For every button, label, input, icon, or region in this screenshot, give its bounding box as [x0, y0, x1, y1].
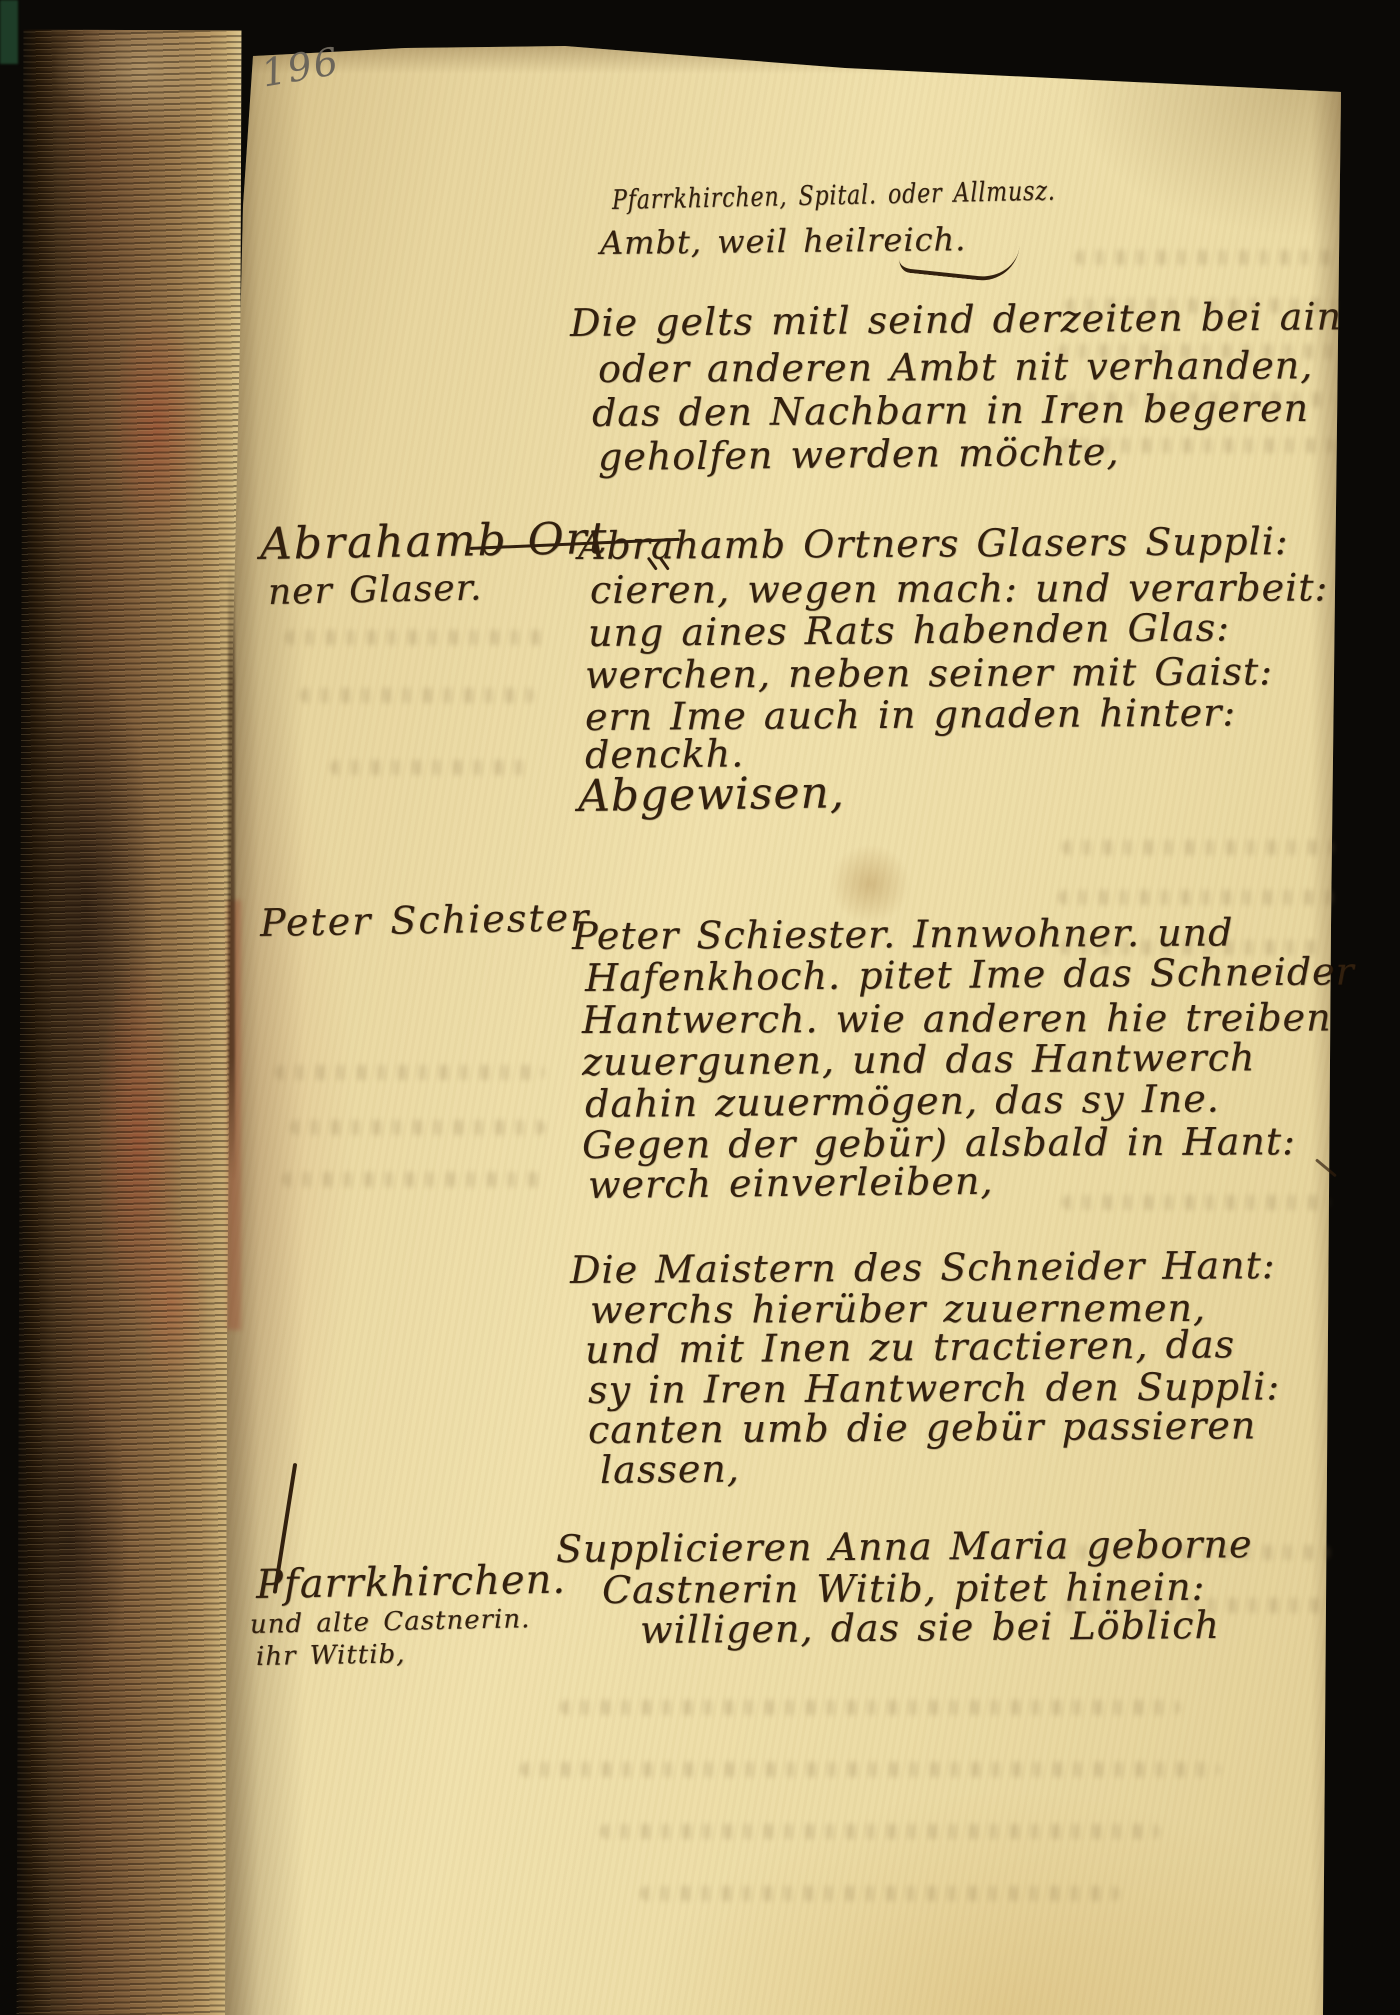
entry5-margin-line-3: ihr Wittib,	[256, 1641, 406, 1670]
photographed-manuscript: 196 Pfarrkhirchen, Spital. oder Allmusz.…	[0, 0, 1400, 2015]
entry5-line-1: Supplicieren Anna Maria geborne	[556, 1525, 1253, 1568]
entry2-line-1: Abrahamb Ortners Glasers Suppli:	[578, 522, 1289, 565]
entry1-line-2: oder anderen Ambt nit verhanden,	[598, 346, 1314, 388]
entry2-line-4: werchen, neben seiner mit Gaist:	[585, 652, 1273, 694]
heading-line-1: Pfarrkhirchen, Spital. oder Allmusz.	[612, 178, 1056, 214]
entry3-line-3: Hantwerch. wie anderen hie treiben	[582, 998, 1332, 1039]
entry5-margin-line-2: und alte Castnerin.	[250, 1606, 531, 1638]
entry3-margin: Peter Schiester	[260, 898, 591, 942]
entry5-line-3: willigen, das sie bei Löblich	[640, 1606, 1220, 1649]
entry3-line-1: Peter Schiester. Innwohner. und	[572, 914, 1234, 955]
entry3-line-5: dahin zuuermögen, das sy Ine.	[585, 1079, 1220, 1123]
entry3-line-4: zuuergunen, und das Hantwerch	[582, 1038, 1256, 1081]
entry4-line-1: Die Maistern des Schneider Hant:	[570, 1246, 1276, 1289]
folio-number: 196	[259, 42, 343, 93]
heading-flourish	[898, 234, 1019, 284]
pen-mark	[1315, 1158, 1337, 1177]
entry4-line-3: und mit Inen zu tractieren, das	[585, 1325, 1235, 1369]
entry4-line-4: sy in Iren Hantwerch den Suppli:	[588, 1367, 1280, 1409]
entry2-margin-line-2: ner Glaser.	[268, 571, 483, 611]
resolution-line: Abgewisen,	[578, 771, 845, 819]
entry4-line-5: canten umb die gebür passieren	[588, 1406, 1257, 1449]
entry3-line-7: werch einverleiben,	[588, 1162, 994, 1204]
entry5-margin-line-1: Pfarrkhirchen.	[256, 1560, 567, 1605]
entry1-line-1: Die gelts mitl seind derzeiten bei ain	[570, 297, 1342, 342]
entry1-line-3: das den Nachbarn in Iren begeren	[592, 389, 1309, 432]
handwriting-layer: 196 Pfarrkhirchen, Spital. oder Allmusz.…	[0, 0, 1400, 2015]
entry3-line-6: Gegen der gebür) alsbald in Hant:	[582, 1122, 1296, 1164]
entry2-line-2: cieren, wegen mach: und verarbeit:	[590, 568, 1328, 609]
entry1-line-4: geholfen werden möchte,	[598, 433, 1120, 476]
entry2-margin-line-1: Abrahamb Ort	[260, 517, 609, 567]
entry2-line-3: ung aines Rats habenden Glas:	[588, 608, 1230, 652]
entry3-line-2: Hafenkhoch. pitet Ime das Schneider	[585, 952, 1355, 997]
entry4-line-6: lassen,	[600, 1450, 740, 1489]
entry2-line-5: ern Ime auch in gnaden hinter:	[585, 693, 1236, 736]
entry5-line-2: Castnerin Witib, pitet hinein:	[602, 1568, 1206, 1609]
